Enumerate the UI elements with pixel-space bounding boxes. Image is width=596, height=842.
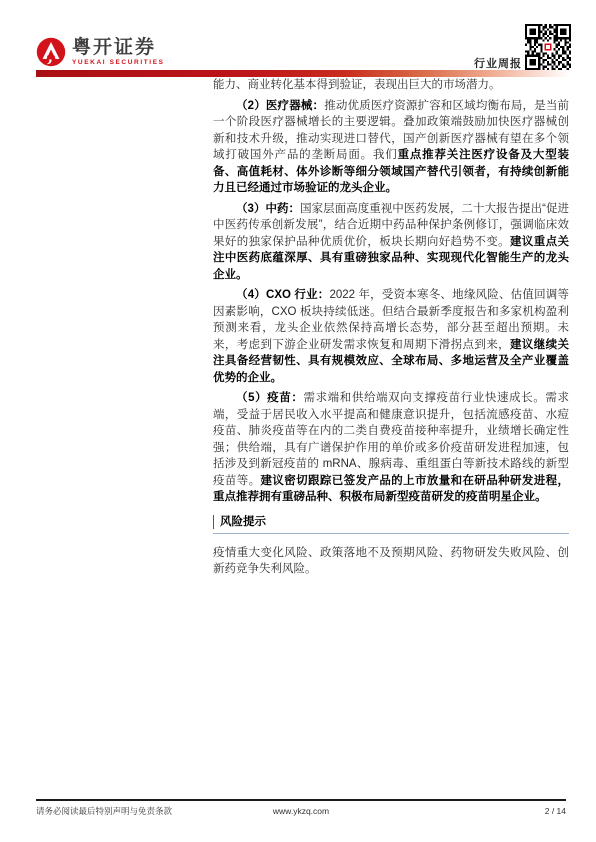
footer-divider: [36, 799, 566, 801]
footer-page-number: 2 / 14: [389, 806, 566, 816]
report-paragraph: （3）中药：国家层面高度重视中医药发展，二十大报告提出“促进中医药传承创新发展”…: [213, 201, 569, 284]
company-logo: 粤开证券 YUEKAI SECURITIES: [36, 37, 165, 67]
footer-website: www.ykzq.com: [213, 806, 390, 816]
logo-company-name-en: YUEKAI SECURITIES: [72, 60, 165, 67]
report-paragraph: 能力、商业转化基本得到验证，表现出巨大的市场潜力。: [213, 77, 569, 94]
report-body: 能力、商业转化基本得到验证，表现出巨大的市场潜力。（2）医疗器械：推动优质医疗资…: [213, 77, 569, 578]
qr-code: [525, 24, 571, 70]
report-paragraph: （5）疫苗：需求端和供给端双向支撑疫苗行业快速成长。需求端，受益于居民收入水平提…: [213, 390, 569, 506]
yuekai-logo-icon: [36, 37, 66, 67]
report-paragraphs: 能力、商业转化基本得到验证，表现出巨大的市场潜力。（2）医疗器械：推动优质医疗资…: [213, 77, 569, 506]
report-type-label: 行业周报: [474, 55, 522, 71]
report-paragraph: （2）医疗器械：推动优质医疗资源扩容和区域均衡布局，是当前一个阶段医疗器械增长的…: [213, 98, 569, 197]
report-paragraph: （4）CXO 行业：2022 年，受资本寒冬、地缘风险、估值回调等因素影响，CX…: [213, 287, 569, 386]
risk-section: 风险提示 疫情重大变化风险、政策落地不及预期风险、药物研发失败风险、创新药竞争失…: [213, 515, 569, 578]
risk-section-body: 疫情重大变化风险、政策落地不及预期风险、药物研发失败风险、创新药竞争失利风险。: [213, 545, 569, 578]
risk-section-title: 风险提示: [213, 515, 569, 529]
logo-company-name: 粤开证券: [72, 38, 165, 57]
header-divider-bar: [36, 70, 570, 77]
footer-disclaimer: 请务必阅读最后特别声明与免责条款: [36, 805, 213, 817]
risk-title-rule: [213, 533, 569, 534]
page-footer: 请务必阅读最后特别声明与免责条款 www.ykzq.com 2 / 14: [36, 805, 566, 817]
